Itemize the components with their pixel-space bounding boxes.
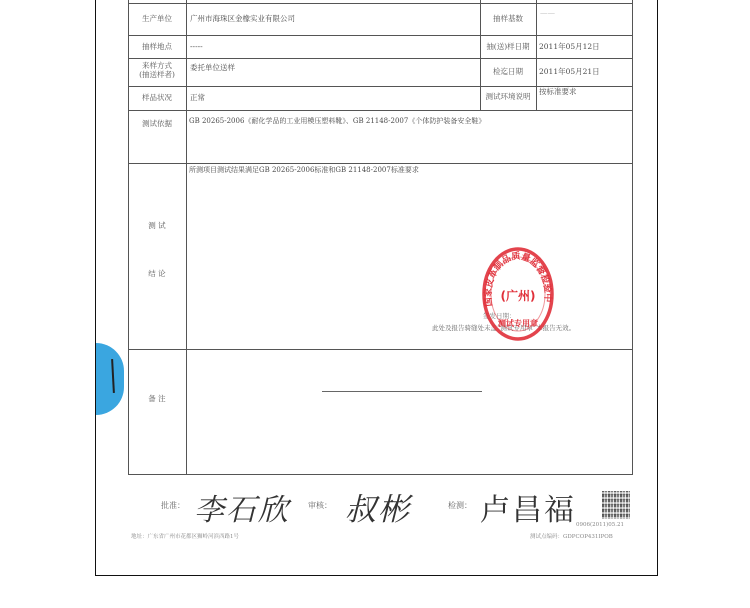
remarks-strike-line: [322, 391, 482, 392]
label-sampling-location: 抽样地点: [128, 42, 186, 51]
label-test-date: 检迄日期: [480, 67, 536, 76]
value-test-basis: GB 20265-2006《耐化学品的工业用模压塑料靴》、GB 21148-20…: [189, 117, 485, 125]
table-line: [128, 163, 632, 164]
value-sampling-date: 2011年05月12日: [539, 42, 600, 51]
table-line: [186, 0, 187, 474]
official-stamp: 国家皮革制品质量监督检验中心 (广州) 测试专用章: [482, 246, 554, 342]
stamp-bottom-text: 测试专用章: [498, 318, 538, 328]
value-conclusion: 所测项目测试结果满足GB 20265-2006标准和GB 21148-2007标…: [189, 166, 419, 174]
label-remarks: 备 注: [128, 394, 186, 403]
value-test-date: 2011年05月21日: [539, 67, 600, 76]
label-sample-method-line2: (抽送样者): [128, 70, 186, 79]
approve-label: 批准：: [161, 500, 185, 511]
footer-address: 地址：广东省广州市花都区狮岭河滨西路1号: [131, 532, 239, 540]
value-sampling-base: ——: [540, 8, 555, 17]
table-line: [128, 35, 632, 36]
review-signature: 叔彬: [345, 484, 411, 529]
tab-mark-bar: [111, 359, 115, 393]
value-production-unit: 广州市海珠区金橡实业有限公司: [190, 14, 295, 23]
value-sample-method: 委托单位送样: [190, 63, 235, 72]
table-line: [536, 0, 537, 110]
test-label: 检测：: [448, 500, 472, 511]
footer-code-line1: 0906(2011)05.21: [576, 522, 624, 528]
table-line: [128, 110, 632, 111]
value-test-environment: 按标准要求: [539, 87, 577, 96]
table-line: [128, 349, 632, 350]
label-sample-method-line1: 来样方式: [128, 61, 186, 70]
label-conclusion-line1: 测 试: [128, 221, 186, 230]
table-line: [128, 3, 632, 4]
table-line: [128, 474, 632, 475]
label-conclusion-line2: 结 论: [128, 269, 186, 278]
table-line: [632, 0, 633, 475]
approve-signature: 李石欣: [194, 485, 290, 529]
value-sampling-location: -----: [190, 42, 203, 51]
label-sample-method: 来样方式 (抽送样者): [128, 61, 186, 79]
label-sample-condition: 样品状况: [128, 93, 186, 102]
table-line: [128, 58, 632, 59]
footer-code-line2: 测试点编码：GDPCOP431IPOB: [530, 532, 613, 540]
value-sample-condition: 正常: [190, 93, 205, 102]
stamp-center-text: (广州): [501, 288, 536, 303]
test-signature: 卢昌福: [480, 485, 576, 529]
label-sampling-base: 抽样基数: [480, 14, 536, 23]
label-test-environment: 测试环境说明: [480, 92, 536, 101]
review-label: 审核：: [308, 500, 332, 511]
label-sampling-date: 抽(送)样日期: [480, 42, 536, 51]
label-production-unit: 生产单位: [128, 14, 186, 23]
label-test-basis: 测试依据: [128, 119, 186, 128]
qr-code: [602, 491, 630, 519]
